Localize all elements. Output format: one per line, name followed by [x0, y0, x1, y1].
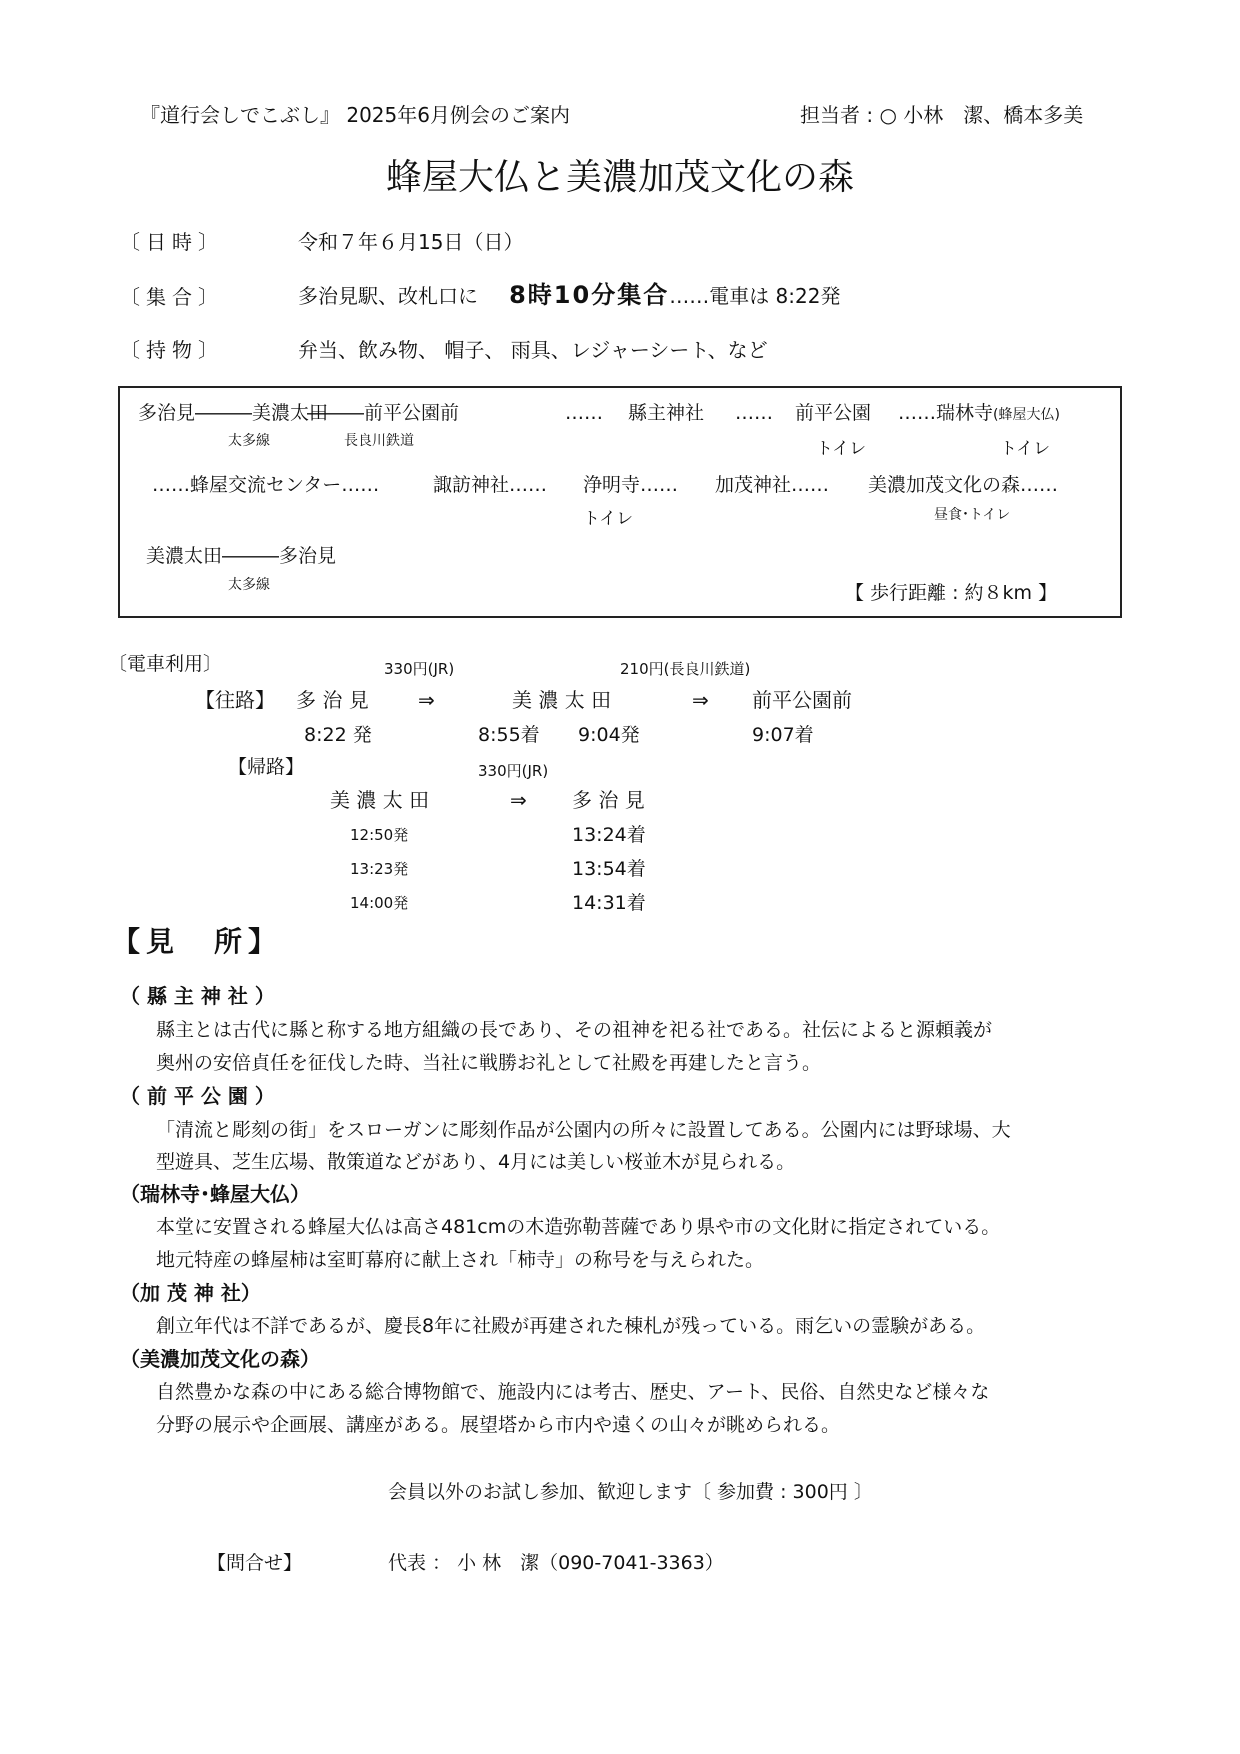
- return-depart: 14:00発: [350, 896, 408, 911]
- depart-time: 9:04発: [578, 726, 640, 745]
- station-minoota: 美 濃 太 田: [512, 690, 611, 710]
- highlights-heading: 【見 所】: [112, 928, 282, 956]
- trial-welcome: 会員以外のお試し参加、歓迎します〔 参加費 : 300円 〕: [388, 1483, 873, 1502]
- contact-value: 代表 ： 小 林 潔（090-7041-3363）: [388, 1554, 724, 1573]
- spot-body: 本堂に安置される蜂屋大仏は高さ481cmの木造弥勒菩薩であり県や市の文化財に指定…: [156, 1218, 1000, 1237]
- contact-label: 【問合せ】: [207, 1554, 302, 1573]
- station-tajimi: 多 治 見: [296, 690, 369, 710]
- fare-nagaragawa: 210円(長良川鉄道): [620, 662, 750, 677]
- date-label: 〔日時〕: [120, 232, 224, 252]
- spot-body: 奥州の安倍貞任を征伐した時、当社に戦勝お礼として社殿を再建したと言う。: [156, 1054, 821, 1073]
- route-stop-suwa-shrine: 諏訪神社……: [433, 476, 547, 495]
- line-label: 太多線: [228, 578, 270, 592]
- return-label: 【帰路】: [228, 758, 304, 777]
- spot-body: 創立年代は不詳であるが、慶長8年に社殿が再建された棟札が残っている。雨乞いの霊験…: [156, 1317, 985, 1336]
- line-label: 長良川鉄道: [344, 434, 414, 448]
- spot-title-kamo-shrine: （加 茂 神 社）: [120, 1283, 261, 1303]
- route-stop-note: (蜂屋大仏): [993, 407, 1060, 423]
- route-stop-zuirinji: ……瑞林寺(蜂屋大仏): [898, 404, 1060, 423]
- spot-title-agatanushi: （ 縣 主 神 社 ）: [120, 986, 275, 1006]
- route-stop-jomyoji: 浄明寺……: [583, 476, 678, 495]
- return-depart: 12:50発: [350, 828, 408, 843]
- line-label: 太多線: [228, 434, 270, 448]
- train-departure-note: ……電車は 8:22発: [669, 284, 840, 308]
- route-dots: ……: [565, 404, 603, 423]
- meeting-time: 8時10分集合: [509, 281, 669, 309]
- route-segment: 多治見―――美濃太田: [138, 404, 328, 423]
- route-segment: ―――前平公園前: [307, 404, 459, 423]
- meeting-label: 〔集合〕: [120, 287, 224, 307]
- return-arrive: 14:31着: [572, 894, 646, 913]
- route-stop-kamo-shrine: 加茂神社……: [715, 476, 829, 495]
- lunch-toilet-note: 昼食･トイレ: [934, 508, 1010, 522]
- station-tajimi: 多 治 見: [572, 790, 645, 810]
- arrow-icon: ⇒: [692, 690, 709, 710]
- train-label: 〔電車利用〕: [108, 655, 222, 674]
- outbound-label: 【往路】: [195, 690, 275, 710]
- spot-body: 自然豊かな森の中にある総合博物館で、施設内には考古、歴史、アート、民俗、自然史な…: [156, 1383, 989, 1402]
- depart-time: 8:22 発: [304, 726, 372, 745]
- page-title: 蜂屋大仏と美濃加茂文化の森: [0, 160, 1240, 196]
- organizers: 担当者 : ○ 小林 潔、橋本多美: [800, 105, 1083, 125]
- spot-body: 地元特産の蜂屋柿は室町幕府に献上され「柿寺」の称号を与えられた。: [156, 1251, 764, 1270]
- meeting-value: 多治見駅、改札口に 8時10分集合……電車は 8:22発: [298, 283, 840, 307]
- arrive-time: 8:55着: [478, 726, 540, 745]
- toilet-note: トイレ: [816, 441, 866, 458]
- newsletter-header: 『道行会しでこぶし』 2025年6月例会のご案内: [140, 105, 570, 125]
- route-dots: ……: [735, 404, 773, 423]
- fare-jr: 330円(JR): [384, 662, 454, 677]
- station-minoota: 美 濃 太 田: [330, 790, 429, 810]
- arrive-time: 9:07着: [752, 726, 814, 745]
- route-stop-agatanushi: 縣主神社: [628, 404, 704, 423]
- route-stop-maehira-park: 前平公園: [795, 404, 871, 423]
- route-stop-hachiya-center: ……蜂屋交流センター……: [152, 476, 379, 495]
- route-return-segment: 美濃太田―――多治見: [146, 547, 336, 566]
- walking-distance: 【 歩行距離 : 約８km 】: [845, 584, 1057, 603]
- spot-body: 型遊具、芝生広場、散策道などがあり、4月には美しい桜並木が見られる。: [156, 1153, 795, 1172]
- belongings-value: 弁当、飲み物、 帽子、 雨具、レジャーシート、など: [298, 340, 768, 360]
- return-arrive: 13:24着: [572, 826, 646, 845]
- toilet-note: トイレ: [583, 511, 633, 528]
- station-maehira: 前平公園前: [752, 690, 852, 710]
- arrow-icon: ⇒: [510, 790, 527, 810]
- route-stop-culture-forest: 美濃加茂文化の森……: [868, 476, 1058, 495]
- spot-body: 「清流と彫刻の街」をスローガンに彫刻作品が公園内の所々に設置してある。公園内には…: [156, 1121, 1011, 1140]
- belongings-label: 〔持物〕: [120, 340, 224, 360]
- fare-jr-return: 330円(JR): [478, 764, 548, 779]
- toilet-note: トイレ: [1000, 441, 1050, 458]
- spot-body: 縣主とは古代に縣と称する地方組織の長であり、その祖神を祀る社である。社伝によると…: [156, 1021, 992, 1040]
- spot-title-maehira: （ 前 平 公 園 ）: [120, 1086, 275, 1106]
- return-depart: 13:23発: [350, 862, 408, 877]
- spot-title-culture-forest: （美濃加茂文化の森）: [120, 1349, 320, 1369]
- return-arrive: 13:54着: [572, 860, 646, 879]
- date-value: 令和７年６月15日（日）: [298, 232, 523, 252]
- arrow-icon: ⇒: [418, 690, 435, 710]
- spot-title-zuirinji: （瑞林寺･蜂屋大仏）: [120, 1184, 310, 1204]
- meeting-place: 多治見駅、改札口に: [298, 284, 478, 308]
- spot-body: 分野の展示や企画展、講座がある。展望塔から市内や遠くの山々が眺められる。: [156, 1416, 840, 1435]
